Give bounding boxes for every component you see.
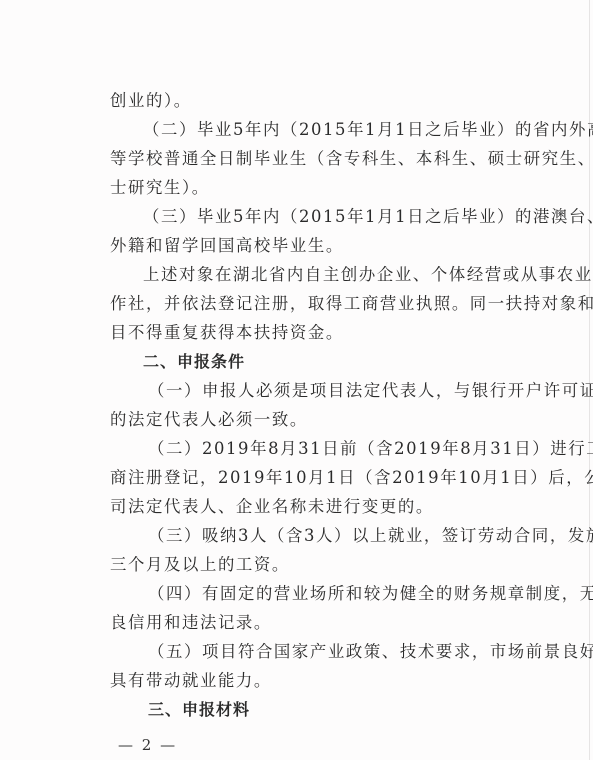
paragraph-line: 外籍和留学回国高校毕业生。 [110,231,540,260]
paragraph-line: 士研究生）。 [110,173,540,202]
paragraph-line: 等学校普通全日制毕业生（含专科生、本科生、硕士研究生、博 [110,144,540,173]
paragraph-line: 作社，并依法登记注册，取得工商营业执照。同一扶持对象和项 [110,289,540,318]
page-number: — 2 — [118,736,177,754]
paragraph-line: （三）毕业5年内（2015年1月1日之后毕业）的港澳台、 [110,202,540,231]
paragraph-line: 创业的）。 [110,86,540,115]
paragraph-line: 上述对象在湖北省内自主创办企业、个体经营或从事农业合 [110,260,540,289]
paragraph-line: （四）有固定的营业场所和较为健全的财务规章制度，无不 [110,579,540,608]
paragraph-line: 司法定代表人、企业名称未进行变更的。 [110,492,540,521]
paragraph-line: 商注册登记，2019年10月1日（含2019年10月1日）后，公 [110,463,540,492]
paragraph-line: （二）2019年8月31日前（含2019年8月31日）进行工 [110,434,540,463]
paragraph-line: 良信用和违法记录。 [110,608,540,637]
paragraph-line: 的法定代表人必须一致。 [110,405,540,434]
paragraph-line: （二）毕业5年内（2015年1月1日之后毕业）的省内外高 [110,115,540,144]
paragraph-line: （五）项目符合国家产业政策、技术要求，市场前景良好， [110,637,540,666]
section-heading: 二、申报条件 [110,347,540,376]
paragraph-line: （三）吸纳3人（含3人）以上就业，签订劳动合同，发放 [110,521,540,550]
paragraph-line: 具有带动就业能力。 [110,666,540,695]
document-body: 创业的）。 （二）毕业5年内（2015年1月1日之后毕业）的省内外高 等学校普通… [110,86,540,724]
section-heading: 三、申报材料 [110,695,540,724]
paragraph-line: 三个月及以上的工资。 [110,550,540,579]
paragraph-line: 目不得重复获得本扶持资金。 [110,318,540,347]
paragraph-line: （一）申报人必须是项目法定代表人，与银行开户许可证上 [110,376,540,405]
